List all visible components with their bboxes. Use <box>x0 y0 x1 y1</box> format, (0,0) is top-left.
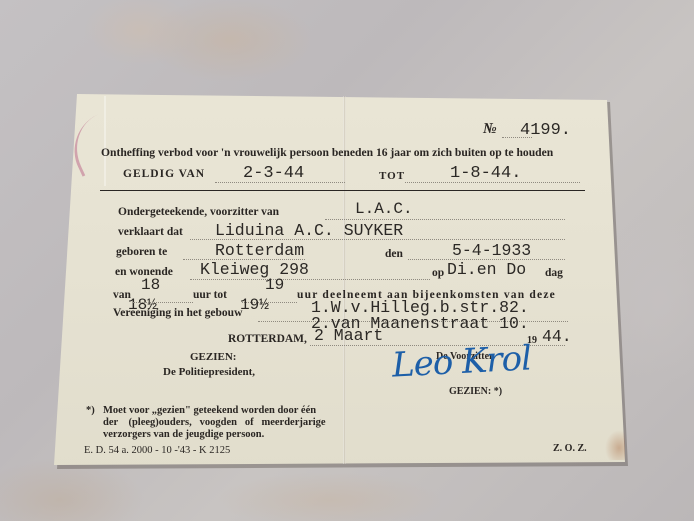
day-suffix: dag <box>545 267 563 279</box>
footnote-line-2: der (pleeg)ouders, voogden of meerderjar… <box>103 417 326 428</box>
time-to-2: 19½ <box>240 296 269 314</box>
born-label: geboren te <box>116 246 167 258</box>
rust-stain <box>605 430 625 460</box>
chair-label: Ondergeteekende, voorzitter van <box>118 206 279 218</box>
birth-place: Rotterdam <box>215 241 304 260</box>
hours-to-label: uur tot <box>193 289 227 301</box>
dotted-line <box>133 302 193 303</box>
valid-to-label: TOT <box>379 170 405 182</box>
footnote-marker: *) <box>86 405 95 416</box>
form-code: E. D. 54 a. 2000 - 10 -'43 - K 2125 <box>84 445 230 456</box>
document-number: 4199. <box>520 121 571 140</box>
seen-parent-label: GEZIEN: *) <box>449 386 502 397</box>
seen-label: GEZIEN: <box>190 351 236 363</box>
date-label: den <box>385 248 403 260</box>
header-rule <box>100 190 585 191</box>
address: Kleiweg 298 <box>200 260 309 279</box>
permit-card <box>0 0 694 521</box>
valid-from-label: GELDIG VAN <box>123 168 205 180</box>
person-name: Liduina A.C. SUYKER <box>215 221 403 240</box>
valid-from-date: 2-3-44 <box>243 164 304 183</box>
city-label: ROTTERDAM, <box>228 333 307 345</box>
association-label: Vereeniging in het gebouw <box>113 307 242 319</box>
dotted-line <box>190 279 430 280</box>
declares-label: verklaart dat <box>118 226 183 238</box>
valid-to-date: 1-8-44. <box>450 164 521 183</box>
turn-over-label: Z. O. Z. <box>553 443 587 454</box>
number-symbol: № <box>483 121 497 138</box>
document-title: Ontheffing verbod voor 'n vrouwelijk per… <box>101 146 553 159</box>
birth-date: 5-4-1933 <box>452 241 531 260</box>
on-label: op <box>432 267 444 279</box>
time-from-1: 18 <box>141 276 160 294</box>
dotted-line <box>325 219 565 220</box>
footnote-line-3: verzorgers van de jeugdige persoon. <box>103 429 264 440</box>
chair-signature: Leo Krol <box>391 338 532 385</box>
police-president-label: De Politiepresident, <box>163 366 255 378</box>
organization-name: L.A.C. <box>355 200 413 218</box>
footnote-line-1: Moet voor „gezien" geteekend worden door… <box>103 405 316 416</box>
issue-date: 2 Maart <box>314 326 383 345</box>
time-to-1: 19 <box>265 276 284 294</box>
year-suffix: 44. <box>542 327 572 346</box>
days: Di.en Do <box>447 260 526 279</box>
